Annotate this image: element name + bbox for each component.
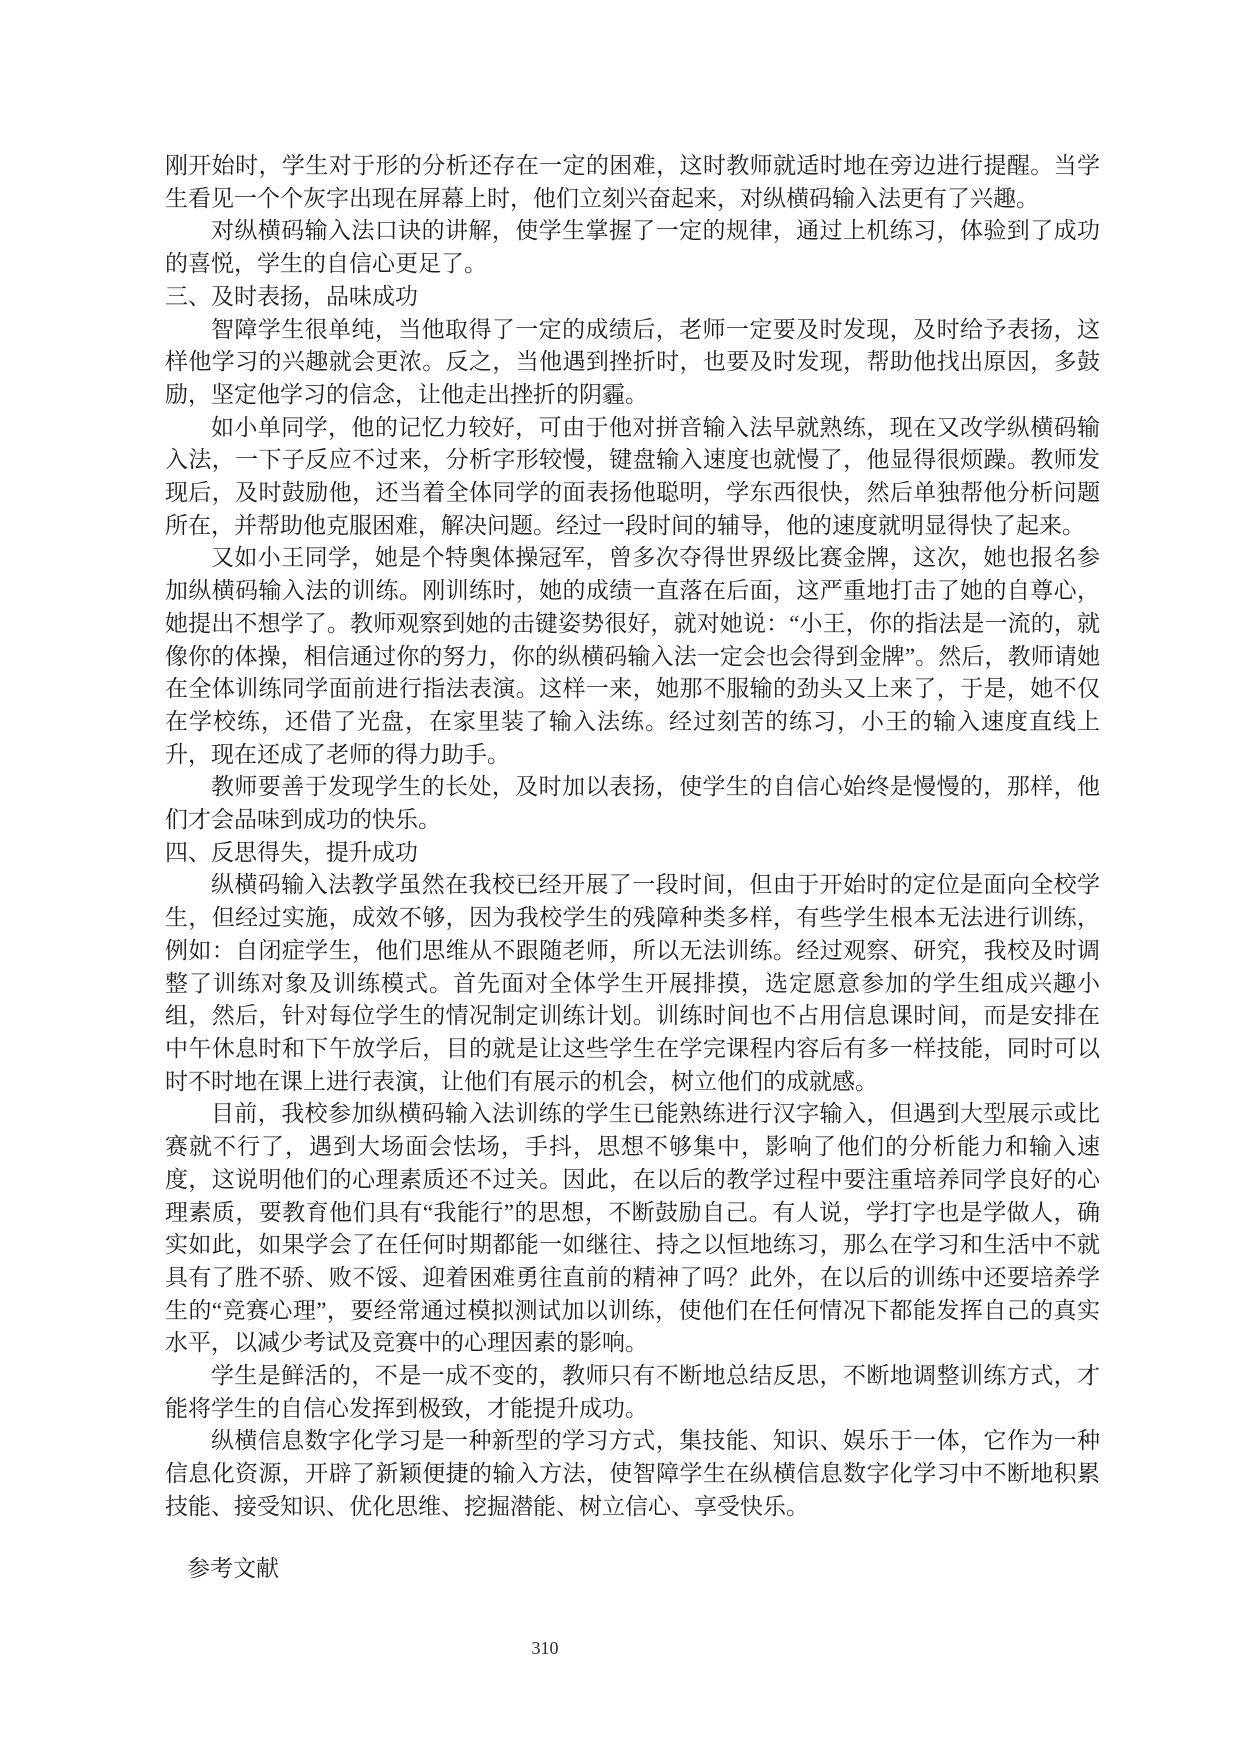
- document-page: 刚开始时，学生对于形的分析还存在一定的困难，这时教师就适时地在旁边进行提醒。当学…: [0, 0, 1246, 1763]
- paragraph: 纵横码输入法教学虽然在我校已经开展了一段时间，但由于开始时的定位是面向全校学生，…: [165, 869, 1100, 1098]
- paragraph: 教师要善于发现学生的长处，及时加以表扬，使学生的自信心始终是慢慢的，那样，他们才…: [165, 771, 1100, 836]
- paragraph: 目前，我校参加纵横码输入法训练的学生已能熟练进行汉字输入，但遇到大型展示或比赛就…: [165, 1098, 1100, 1360]
- paragraph: 对纵横码输入法口诀的讲解，使学生掌握了一定的规律，通过上机练习，体验到了成功的喜…: [165, 215, 1100, 280]
- document-body: 刚开始时，学生对于形的分析还存在一定的困难，这时教师就适时地在旁边进行提醒。当学…: [165, 150, 1100, 1524]
- page-number: 310: [0, 1638, 1090, 1659]
- section-heading-4: 四、反思得失，提升成功: [165, 837, 1100, 870]
- paragraph: 纵横信息数字化学习是一种新型的学习方式，集技能、知识、娱乐于一体，它作为一种信息…: [165, 1425, 1100, 1523]
- paragraph: 智障学生很单纯，当他取得了一定的成绩后，老师一定要及时发现，及时给予表扬，这样他…: [165, 314, 1100, 412]
- references-heading: 参考文献: [187, 1552, 279, 1585]
- paragraph: 如小单同学，他的记忆力较好，可由于他对拼音输入法早就熟练，现在又改学纵横码输入法…: [165, 412, 1100, 543]
- paragraph-continuation: 刚开始时，学生对于形的分析还存在一定的困难，这时教师就适时地在旁边进行提醒。当学…: [165, 150, 1100, 215]
- paragraph: 学生是鲜活的，不是一成不变的，教师只有不断地总结反思，不断地调整训练方式，才能将…: [165, 1360, 1100, 1425]
- section-heading-3: 三、及时表扬，品味成功: [165, 281, 1100, 314]
- paragraph: 又如小王同学，她是个特奥体操冠军，曾多次夺得世界级比赛金牌，这次，她也报名参加纵…: [165, 542, 1100, 771]
